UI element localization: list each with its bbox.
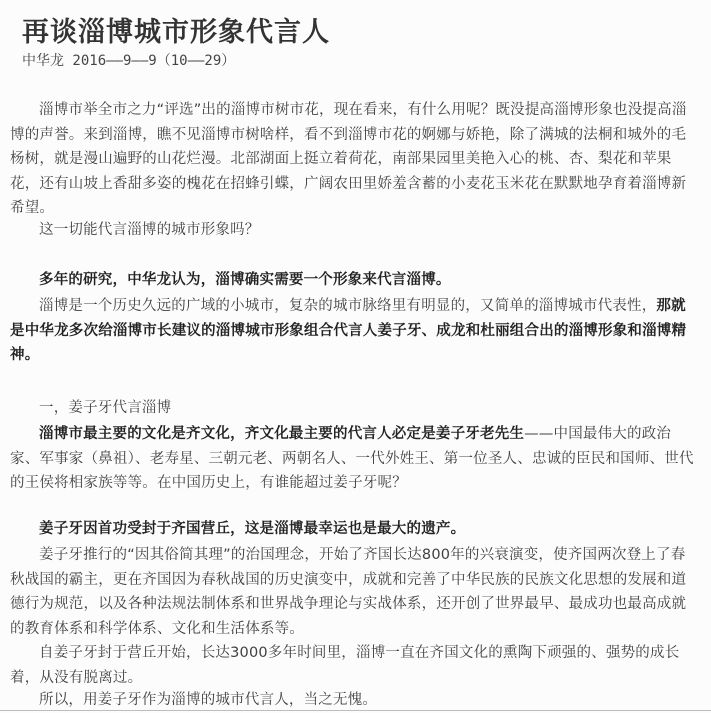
qi-culture-text-bold: 淄博市最主要的文化是齐文化，齐文化最主要的代言人必定是姜子牙老先生 <box>39 426 524 442</box>
section-heading-jiang-ziya: 一，姜子牙代言淄博 <box>10 396 700 421</box>
paragraph-proposal: 淄博是一个历史久远的广域的小城市，复杂的城市脉络里有明显的，又简单的淄博城市代表… <box>10 294 700 368</box>
paragraph-history: 自姜子牙封于营丘开始，长达3000多年时间里，淄博一直在齐国文化的熏陶下顽强的、… <box>10 641 700 690</box>
bottom-divider <box>0 710 711 711</box>
paragraph-legacy: 姜子牙因首功受封于齐国营丘，这是淄博最幸运也是最大的遗产。 <box>10 517 700 542</box>
paragraph-qi-culture: 淄博市最主要的文化是齐文化，齐文化最主要的代言人必定是姜子牙老先生——中国最伟大… <box>10 422 700 496</box>
article-title: 再谈淄博城市形象代言人 <box>22 10 330 49</box>
paragraph-thesis: 多年的研究，中华龙认为，淄博确实需要一个形象来代言淄博。 <box>10 268 700 293</box>
article-byline: 中华龙 2016——9——9（10——29） <box>22 50 235 70</box>
paragraph-intro: 淄博市举全市之力“评选”出的淄博市树市花，现在看来，有什么用呢？既没提高淄博形象… <box>10 98 700 221</box>
article: 再谈淄博城市形象代言人 中华龙 2016——9——9（10——29） 淄博市举全… <box>0 0 711 713</box>
paragraph-question: 这一切能代言淄博的城市形象吗？ <box>10 218 700 243</box>
proposal-text-normal: 淄博是一个历史久远的广域的小城市，复杂的城市脉络里有明显的，又简单的淄博城市代表… <box>39 298 656 314</box>
paragraph-conclusion: 所以，用姜子牙作为淄博的城市代言人，当之无愧。 <box>10 688 700 713</box>
paragraph-governance: 姜子牙推行的“因其俗简其理”的治国理念，开始了齐国长达800年的兴衰演变，使齐国… <box>10 543 700 641</box>
